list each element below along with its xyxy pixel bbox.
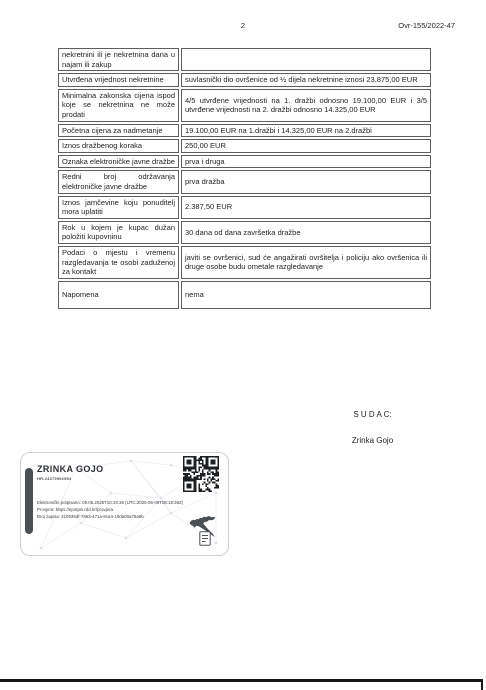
stamp-details: Elektronički potpisano: 09.06.2025T10:19… xyxy=(37,499,183,521)
stamp-signer-id: HR-24379992554 xyxy=(37,476,71,481)
table-row: Oznaka elektroničke javne dražbe prva i … xyxy=(58,155,431,169)
row-value: prva dražba xyxy=(181,170,431,193)
table-row: Minimalna zakonska cijena ispod koje se … xyxy=(58,89,431,122)
stamp-verify-line: Provjera: https://epotpis.rdd.hr/provjer… xyxy=(37,506,183,513)
row-value: prva i druga xyxy=(181,155,431,169)
row-label: Napomena xyxy=(58,281,179,309)
row-label: nekretnini ili je nekretnina dana u naja… xyxy=(58,48,179,71)
row-label: Iznos jamčevine koju ponuditelj mora upl… xyxy=(58,196,179,219)
certificate-icon xyxy=(199,531,211,546)
row-value: 30 dana od dana završetka dražbe xyxy=(181,221,431,244)
row-label: Iznos dražbenog koraka xyxy=(58,139,179,153)
electronic-signature-stamp: ZRINKA GOJO HR-24379992554 Elektronički … xyxy=(20,452,229,556)
signature-block: S U D A C: Zrinka Gojo xyxy=(300,410,445,445)
table-row: Iznos jamčevine koju ponuditelj mora upl… xyxy=(58,196,431,219)
stamp-record-line: Broj zapisa: 310935df-7863-471a-8ca4-19d… xyxy=(37,513,183,520)
table-row: Utvrđena vrijednost nekretnine suvlasnič… xyxy=(58,73,431,87)
qr-code-icon xyxy=(183,456,219,492)
table-row: Napomena nema xyxy=(58,281,431,309)
table-row: nekretnini ili je nekretnina dana u naja… xyxy=(58,48,431,71)
row-value: javiti se ovršenici, sud će angažirati o… xyxy=(181,246,431,279)
row-value: 250,00 EUR xyxy=(181,139,431,153)
stamp-signer-name: ZRINKA GOJO xyxy=(37,464,104,474)
auction-details-table: nekretnini ili je nekretnina dana u naja… xyxy=(56,46,433,311)
signature-name: Zrinka Gojo xyxy=(300,436,445,445)
table-row: Redni broj održavanja elektroničke javne… xyxy=(58,170,431,193)
row-value xyxy=(181,48,431,71)
window-edge-tick xyxy=(481,679,483,690)
row-value: 2.387,50 EUR xyxy=(181,196,431,219)
row-label: Utvrđena vrijednost nekretnine xyxy=(58,73,179,87)
row-value: 19.100,00 EUR na 1.dražbi i 14.325,00 EU… xyxy=(181,124,431,138)
row-label: Oznaka elektroničke javne dražbe xyxy=(58,155,179,169)
row-value: suvlasnički dio ovršenice od ½ dijela ne… xyxy=(181,73,431,87)
case-number: Ovr-155/2022-47 xyxy=(398,21,455,30)
row-label: Rok u kojem je kupac dužan položiti kupo… xyxy=(58,221,179,244)
stamp-signed-line: Elektronički potpisano: 09.06.2025T10:19… xyxy=(37,499,183,506)
row-label: Početna cijena za nadmetanje xyxy=(58,124,179,138)
table-row: Rok u kojem je kupac dužan položiti kupo… xyxy=(58,221,431,244)
stamp-accent-bar xyxy=(25,468,33,534)
table-row: Iznos dražbenog koraka 250,00 EUR xyxy=(58,139,431,153)
row-label: Redni broj održavanja elektroničke javne… xyxy=(58,170,179,193)
row-value: 4/5 utvrđene vrijednosti na 1. dražbi od… xyxy=(181,89,431,122)
row-label: Podaci o mjestu i vremenu razgledavanja … xyxy=(58,246,179,279)
window-edge-bar xyxy=(0,679,483,682)
row-label: Minimalna zakonska cijena ispod koje se … xyxy=(58,89,179,122)
table-row: Početna cijena za nadmetanje 19.100,00 E… xyxy=(58,124,431,138)
signature-title: S U D A C: xyxy=(300,410,445,419)
table-row: Podaci o mjestu i vremenu razgledavanja … xyxy=(58,246,431,279)
row-value: nema xyxy=(181,281,431,309)
